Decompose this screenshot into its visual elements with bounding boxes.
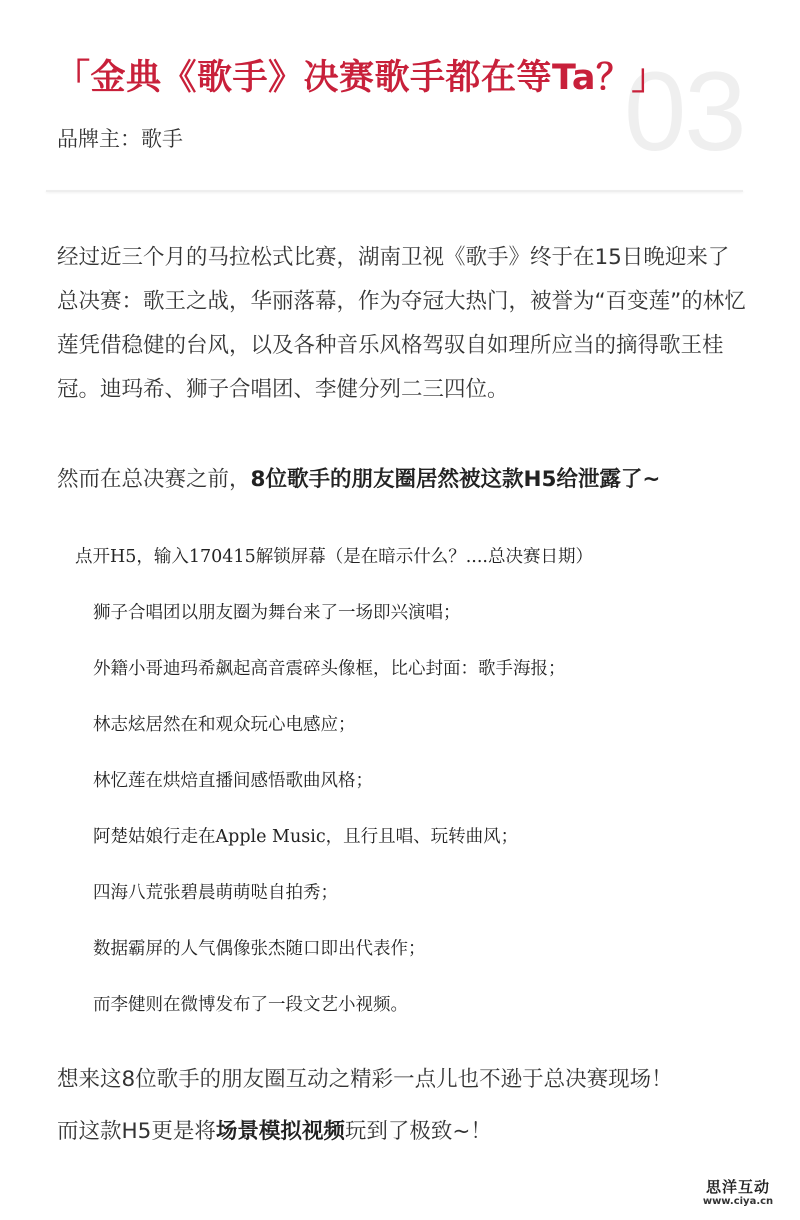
teaser-highlight: 8位歌手的朋友圈居然被这款H5给泄露了~ xyxy=(251,467,661,492)
watermark: 思洋互动 www.ciya.cn xyxy=(688,1180,788,1207)
list-item: 而李健则在微博发布了一段文艺小视频。 xyxy=(93,990,408,1020)
h5-instructions: 点开H5，输入170415解锁屏幕（是在暗示什么？....总决赛日期） xyxy=(75,542,593,572)
closing-text-after: 玩到了极致~！ xyxy=(345,1119,492,1144)
watermark-url: www.ciya.cn xyxy=(688,1197,788,1207)
teaser-paragraph: 然而在总决赛之前，8位歌手的朋友圈居然被这款H5给泄露了~ xyxy=(57,458,747,502)
brand-label: 品牌主：歌手 xyxy=(57,124,183,154)
conclusion-paragraph: 想来这8位歌手的朋友圈互动之精彩一点儿也不逊于总决赛现场！ xyxy=(57,1058,747,1102)
list-item: 四海八荒张碧晨萌萌哒自拍秀； xyxy=(93,878,338,908)
closing-paragraph: 而这款H5更是将场景模拟视频玩到了极致~！ xyxy=(57,1110,747,1154)
page-title: 「金典《歌手》决赛歌手都在等Ta？」 xyxy=(55,56,667,100)
list-item: 外籍小哥迪玛希飙起高音震碎头像框，比心封面：歌手海报； xyxy=(93,654,566,684)
header-divider xyxy=(46,190,743,192)
list-item: 数据霸屏的人气偶像张杰随口即出代表作； xyxy=(93,934,426,964)
watermark-name: 思洋互动 xyxy=(688,1180,788,1195)
closing-text-before: 而这款H5更是将 xyxy=(57,1119,216,1144)
closing-highlight: 场景模拟视频 xyxy=(216,1119,345,1144)
list-item: 阿楚姑娘行走在Apple Music，且行且唱、玩转曲风； xyxy=(93,822,518,852)
article-header: 03 「金典《歌手》决赛歌手都在等Ta？」 品牌主：歌手 xyxy=(0,0,800,200)
list-item: 狮子合唱团以朋友圈为舞台来了一场即兴演唱； xyxy=(93,598,461,628)
list-item: 林忆莲在烘焙直播间感悟歌曲风格； xyxy=(93,766,373,796)
intro-paragraph: 经过近三个月的马拉松式比赛，湖南卫视《歌手》终于在15日晚迎来了总决赛：歌王之战… xyxy=(57,236,747,412)
list-item: 林志炫居然在和观众玩心电感应； xyxy=(93,710,356,740)
teaser-text: 然而在总决赛之前， xyxy=(57,467,251,492)
